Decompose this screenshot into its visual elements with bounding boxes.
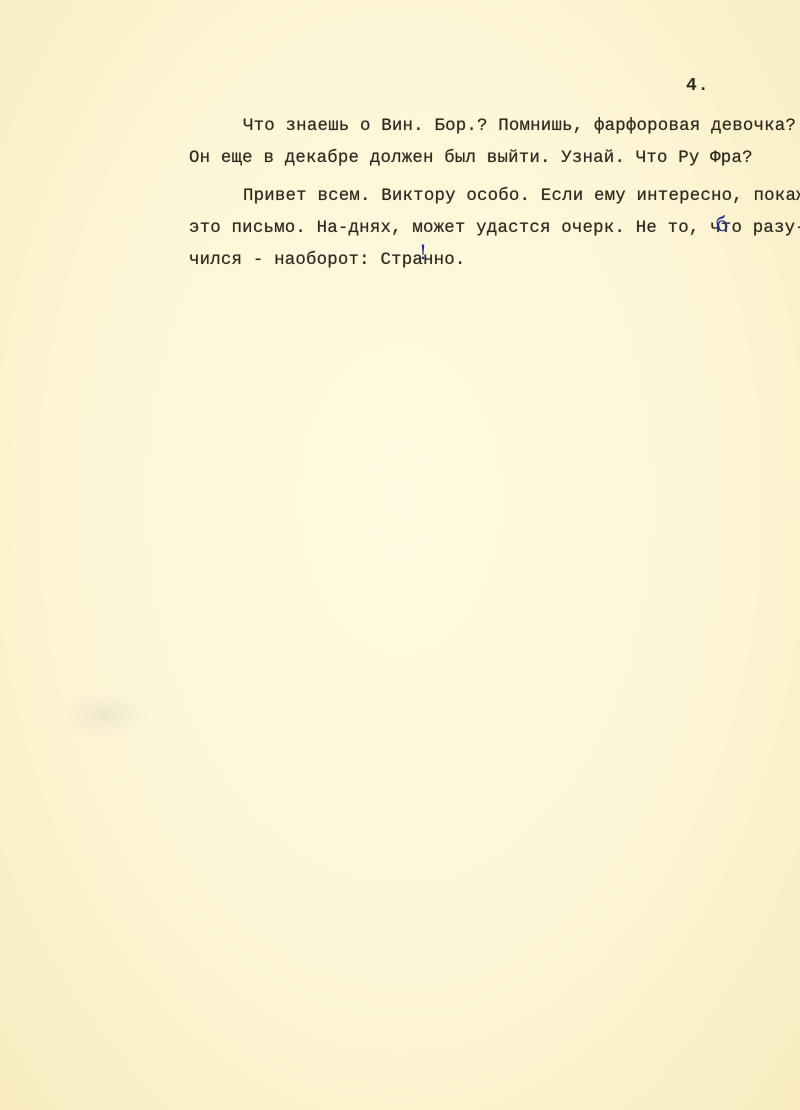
text-line-2: Он еще в декабре должен был выйти. Узнай… [189, 149, 753, 168]
paper-stain [60, 690, 150, 740]
page-number: 4. [686, 76, 710, 96]
text-line-3: Привет всем. Виктору особо. Если ему инт… [243, 187, 800, 206]
text-line-4: это письмо. На-днях, может удастся очерк… [189, 219, 800, 238]
typewritten-letter-page: 4. Что знаешь о Вин. Бор.? Помнишь, фарф… [0, 0, 800, 1110]
handwritten-correction: б [714, 211, 729, 236]
text-line-1: Что знаешь о Вин. Бор.? Помнишь, фарфоро… [243, 117, 796, 136]
handwritten-exclamation: ! [419, 240, 427, 264]
